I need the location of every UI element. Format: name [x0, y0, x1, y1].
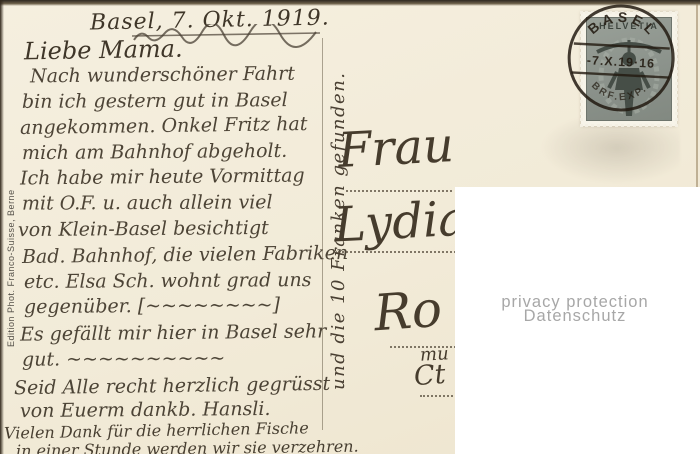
postmark: BASEL BRF.EXP. -7.X.19·16	[555, 0, 687, 125]
address-town: Ro	[372, 280, 444, 343]
message-line: von Klein-Basel besichtigt	[18, 217, 269, 241]
card-left-edge	[0, 0, 4, 454]
message-line: Nach wunderschöner Fahrt	[30, 63, 295, 88]
message-line: Ich habe mir heute Vormittag	[20, 165, 305, 190]
message-line: gegenüber. [~~~~~~~~]	[24, 294, 280, 318]
message-line: gut. ~~~~~~~~~~	[22, 347, 225, 370]
message-line: etc. Elsa Sch. wohnt grad uns	[24, 269, 312, 293]
privacy-watermark: privacy protection Datenschutz	[455, 296, 695, 323]
message-line: angekommen. Onkel Fritz hat	[20, 113, 308, 139]
address-dotted-line	[338, 251, 472, 253]
svg-text:BRF.EXP.: BRF.EXP.	[588, 80, 650, 105]
address-title: Frau	[337, 117, 456, 179]
salutation: Liebe Mama.	[24, 35, 183, 66]
message-line: Seid Alle recht herzlich gegrüsst	[14, 373, 331, 399]
message-line: von Euerm dankb. Hansli.	[20, 398, 271, 422]
address-divider-line	[322, 38, 323, 430]
message-line: Bad. Bahnhof, die vielen Fabriken	[22, 242, 348, 268]
address-name: Lydia	[333, 191, 469, 254]
message-line: mich am Bahnhof abgeholt.	[22, 140, 287, 164]
pencil-smudge	[540, 118, 680, 184]
privacy-watermark-line2: Datenschutz	[455, 310, 695, 324]
message-line: mit O.F. u. auch allein viel	[22, 191, 273, 214]
publisher-imprint: Edition Phot. Franco-Suisse, Berne	[6, 189, 16, 347]
message-line: Es gefällt mir hier in Basel sehr	[20, 320, 326, 345]
postcard-scan: Basel, 7. Okt. 1919. Liebe Mama. Nach wu…	[0, 0, 700, 454]
message-line: bin ich gestern gut in Basel	[22, 89, 288, 113]
postmark-office: BRF.EXP.	[588, 80, 650, 105]
card-right-edge	[696, 4, 698, 188]
postmark-date: -7.X.19·16	[586, 53, 655, 71]
address-fragment: Ct	[413, 359, 447, 392]
